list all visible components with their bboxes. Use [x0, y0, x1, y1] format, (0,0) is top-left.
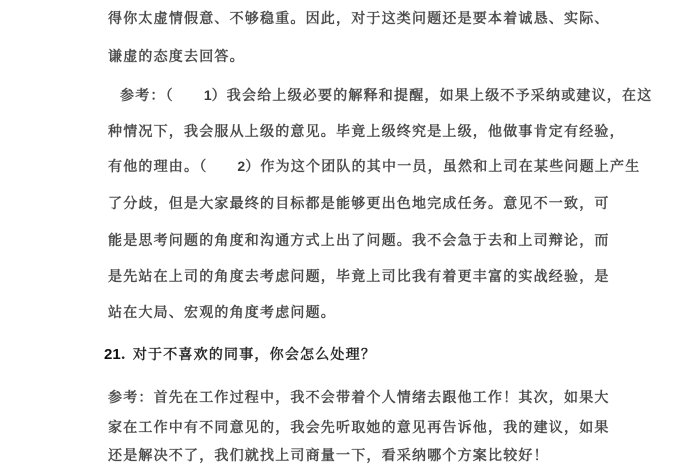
paragraph-line: 种情况下，我会服从上级的意见。毕竟上级终究是上级，他做事肯定有经验， [108, 124, 625, 140]
question-heading: 21. 对于不喜欢的同事，你会怎么处理？ [104, 347, 376, 363]
paragraph-line: 是先站在上司的角度去考虑问题，毕竟上司比我有着更丰富的实战经验，是 [108, 269, 610, 285]
question-number: 21 [104, 346, 121, 363]
document-page: 得你太虚情假意、不够稳重。因此，对于这类问题还是要本着诚恳、实际、 谦虚的态度去… [0, 0, 700, 470]
paragraph-line: 有他的理由。（2）作为这个团队的其中一员，虽然和上司在某些问题上产生 [108, 158, 640, 175]
paragraph-line: 还是解决不了，我们就找上司商量一下，看采纳哪个方案比较好！ [108, 448, 549, 464]
question-title: . 对于不喜欢的同事，你会怎么处理？ [121, 347, 376, 363]
paragraph-line: 得你太虚情假意、不够稳重。因此，对于这类问题还是要本着诚恳、实际、 [108, 11, 610, 27]
point-number: 1 [204, 87, 212, 103]
paragraph-line: 谦虚的态度去回答。 [108, 49, 245, 65]
point-text: 有他的理由。（ [108, 159, 207, 175]
reference-line: 参考：首先在工作过程中，我不会带着个人情绪去跟他工作！其次，如果大 [108, 390, 610, 406]
paragraph-line: 能是思考问题的角度和沟通方式上出了问题。我不会急于去和上司辩论，而 [108, 233, 610, 249]
point-text: ）我会给上级必要的解释和提醒，如果上级不予采纳或建议，在这 [212, 88, 653, 104]
reference-line: 参考：（1）我会给上级必要的解释和提醒，如果上级不予采纳或建议，在这 [120, 87, 652, 104]
paragraph-line: 家在工作中有不同意见的，我会先听取她的意见再告诉他，我的建议，如果 [108, 420, 610, 436]
paragraph-line: 了分歧，但是大家最终的目标都是能够更出色地完成任务。意见不一致，可 [108, 196, 610, 212]
point-text: ）作为这个团队的其中一员，虽然和上司在某些问题上产生 [245, 159, 640, 175]
reference-label: 参考：（ [120, 88, 174, 104]
paragraph-line: 站在大局、宏观的角度考虑问题。 [108, 305, 336, 321]
